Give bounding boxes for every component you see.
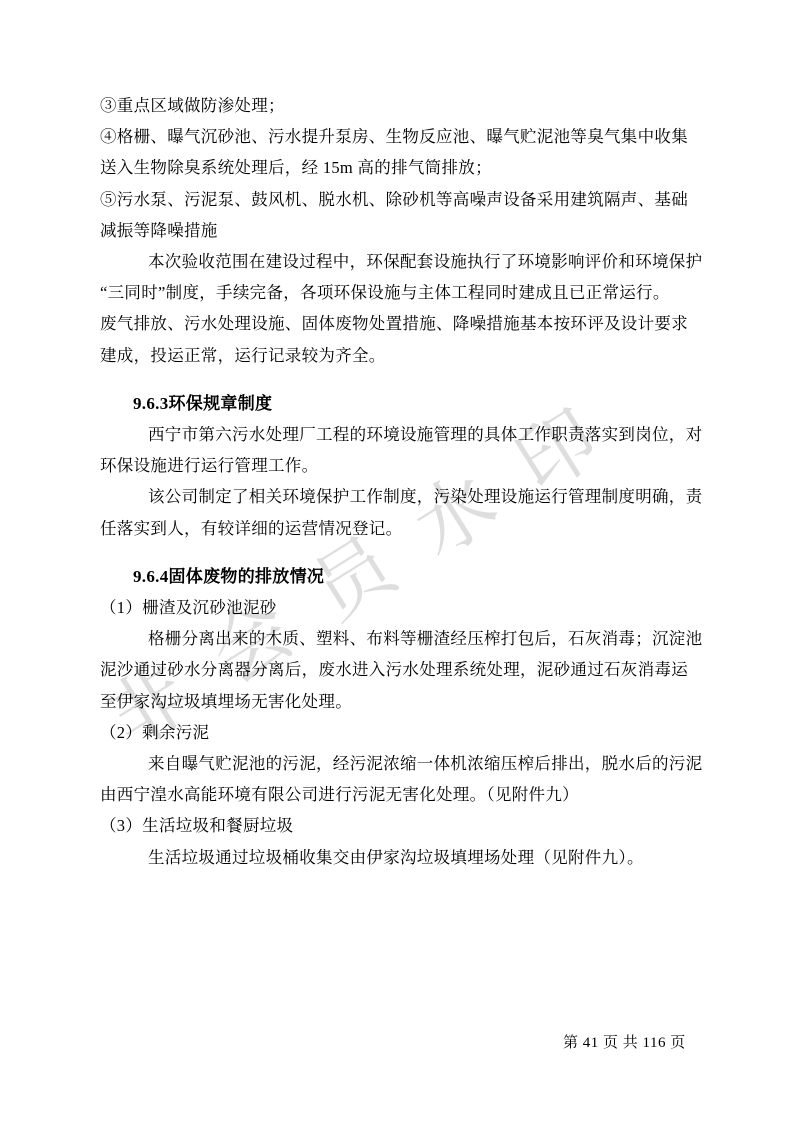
document-line: 至伊家沟垃圾填埋场无害化处理。 [100, 686, 678, 717]
document-line: 废气排放、污水处理设施、固体废物处置措施、降噪措施基本按环评及设计要求 [100, 308, 678, 339]
section-heading: 9.6.3环保规章制度 [100, 388, 678, 419]
document-line: 生活垃圾通过垃圾桶收集交由伊家沟垃圾填埋场处理（见附件九）。 [100, 842, 678, 873]
document-line: 由西宁湟水高能环境有限公司进行污泥无害化处理。（见附件九） [100, 779, 678, 810]
document-line: （2）剩余污泥 [100, 717, 678, 748]
document-line: 送入生物除臭系统处理后，经 15m 高的排气筒排放； [100, 152, 678, 183]
page-footer: 第 41 页 共 116 页 [563, 1031, 686, 1052]
section-heading: 9.6.4固体废物的排放情况 [100, 561, 678, 592]
footer-page-label: 第 41 页 共 116 页 [563, 1035, 686, 1051]
document-line: 泥沙通过砂水分离器分离后，废水进入污水处理系统处理，泥砂通过石灰消毒运 [100, 654, 678, 685]
document-line: ⑤污水泵、污泥泵、鼓风机、脱水机、除砂机等高噪声设备采用建筑隔声、基础 [100, 184, 678, 215]
document-line: “三同时”制度，手续完备，各项环保设施与主体工程同时建成且已正常运行。 [100, 277, 678, 308]
document-line: 来自曝气贮泥池的污泥，经污泥浓缩一体机浓缩压榨后排出，脱水后的污泥 [100, 748, 678, 779]
document-line: （3）生活垃圾和餐厨垃圾 [100, 810, 678, 841]
document-line: 任落实到人，有较详细的运营情况登记。 [100, 513, 678, 544]
document-content: ③重点区域做防渗处理；④格栅、曝气沉砂池、污水提升泵房、生物反应池、曝气贮泥池等… [100, 90, 678, 873]
document-line: 本次验收范围在建设过程中，环保配套设施执行了环境影响评价和环境保护 [100, 246, 678, 277]
document-line: 西宁市第六污水处理厂工程的环境设施管理的具体工作职责落实到岗位，对 [100, 419, 678, 450]
document-line: 格栅分离出来的木质、塑料、布料等栅渣经压榨打包后，石灰消毒；沉淀池 [100, 623, 678, 654]
document-line: 环保设施进行运行管理工作。 [100, 450, 678, 481]
document-line: 该公司制定了相关环境保护工作制度，污染处理设施运行管理制度明确，责 [100, 481, 678, 512]
document-page: 非会员水印 ③重点区域做防渗处理；④格栅、曝气沉砂池、污水提升泵房、生物反应池、… [0, 0, 793, 1122]
document-line: 建成，投运正常，运行记录较为齐全。 [100, 340, 678, 371]
document-line: （1）栅渣及沉砂池泥砂 [100, 592, 678, 623]
document-line: 减振等降噪措施 [100, 215, 678, 246]
document-line: ④格栅、曝气沉砂池、污水提升泵房、生物反应池、曝气贮泥池等臭气集中收集 [100, 121, 678, 152]
document-line: ③重点区域做防渗处理； [100, 90, 678, 121]
